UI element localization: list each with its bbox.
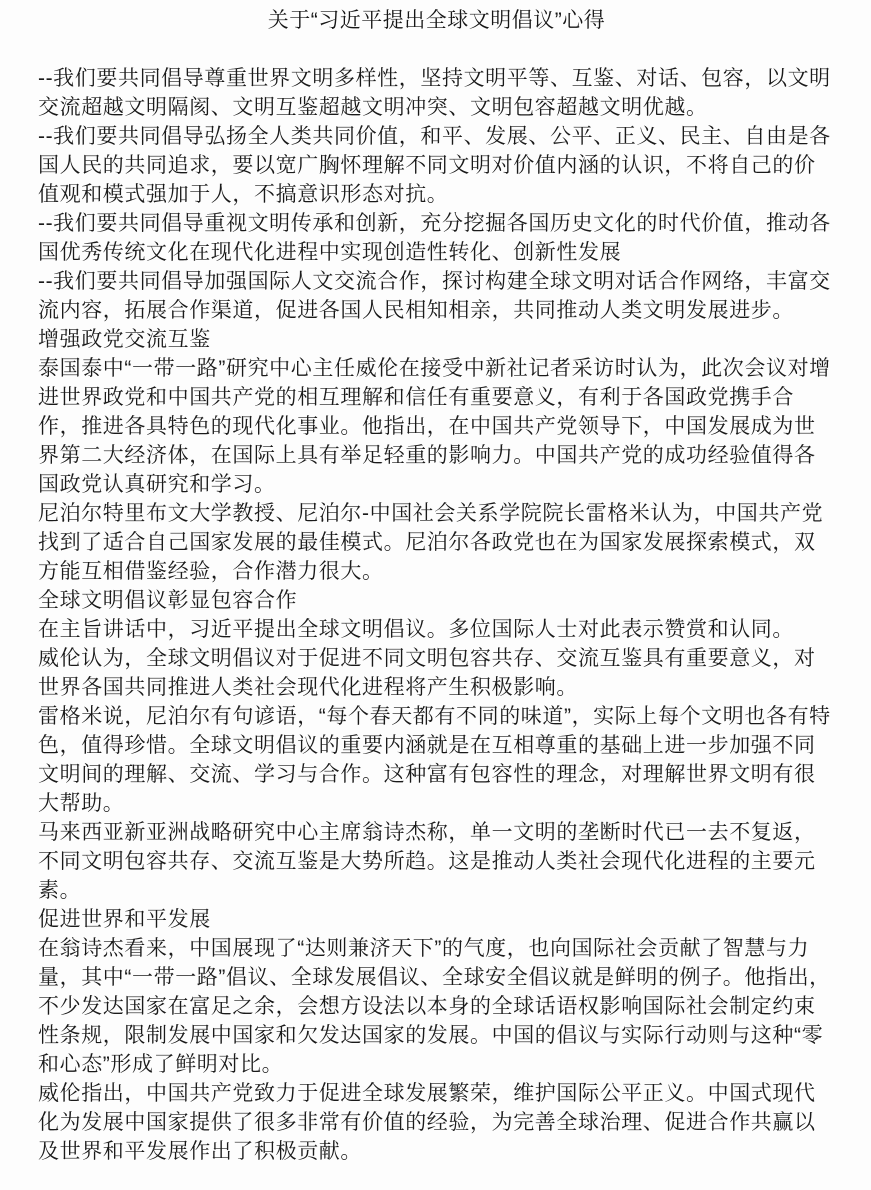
paragraph: 威伦认为，全球文明倡议对于促进不同文明包容共存、交流互鉴具有重要意义，对世界各国… bbox=[38, 644, 835, 702]
document-body: --我们要共同倡导尊重世界文明多样性，坚持文明平等、互鉴、对话、包容，以文明交流… bbox=[38, 64, 835, 1166]
paragraph: --我们要共同倡导弘扬全人类共同价值，和平、发展、公平、正义、民主、自由是各国人… bbox=[38, 122, 835, 209]
paragraph: 增强政党交流互鉴 bbox=[38, 325, 835, 354]
paragraph: --我们要共同倡导尊重世界文明多样性，坚持文明平等、互鉴、对话、包容，以文明交流… bbox=[38, 64, 835, 122]
paragraph: 威伦指出，中国共产党致力于促进全球发展繁荣，维护国际公平正义。中国式现代化为发展… bbox=[38, 1079, 835, 1166]
paragraph: 促进世界和平发展 bbox=[38, 905, 835, 934]
document-page: 关于“习近平提出全球文明倡议”心得 --我们要共同倡导尊重世界文明多样性，坚持文… bbox=[0, 0, 871, 1190]
paragraph: 马来西亚新亚洲战略研究中心主席翁诗杰称，单一文明的垄断时代已一去不复返，不同文明… bbox=[38, 818, 835, 905]
paragraph: 在主旨讲话中，习近平提出全球文明倡议。多位国际人士对此表示赞赏和认同。 bbox=[38, 615, 835, 644]
paragraph: --我们要共同倡导加强国际人文交流合作，探讨构建全球文明对话合作网络，丰富交流内… bbox=[38, 267, 835, 325]
paragraph: 尼泊尔特里布文大学教授、尼泊尔-中国社会关系学院院长雷格米认为，中国共产党找到了… bbox=[38, 499, 835, 586]
paragraph: 全球文明倡议彰显包容合作 bbox=[38, 586, 835, 615]
document-title: 关于“习近平提出全球文明倡议”心得 bbox=[38, 6, 835, 35]
paragraph: 雷格米说，尼泊尔有句谚语，“每个春天都有不同的味道”，实际上每个文明也各有特色，… bbox=[38, 702, 835, 818]
paragraph: --我们要共同倡导重视文明传承和创新，充分挖掘各国历史文化的时代价值，推动各国优… bbox=[38, 209, 835, 267]
paragraph: 泰国泰中“一带一路”研究中心主任威伦在接受中新社记者采访时认为，此次会议对增进世… bbox=[38, 354, 835, 499]
paragraph: 在翁诗杰看来，中国展现了“达则兼济天下”的气度，也向国际社会贡献了智慧与力量，其… bbox=[38, 934, 835, 1079]
